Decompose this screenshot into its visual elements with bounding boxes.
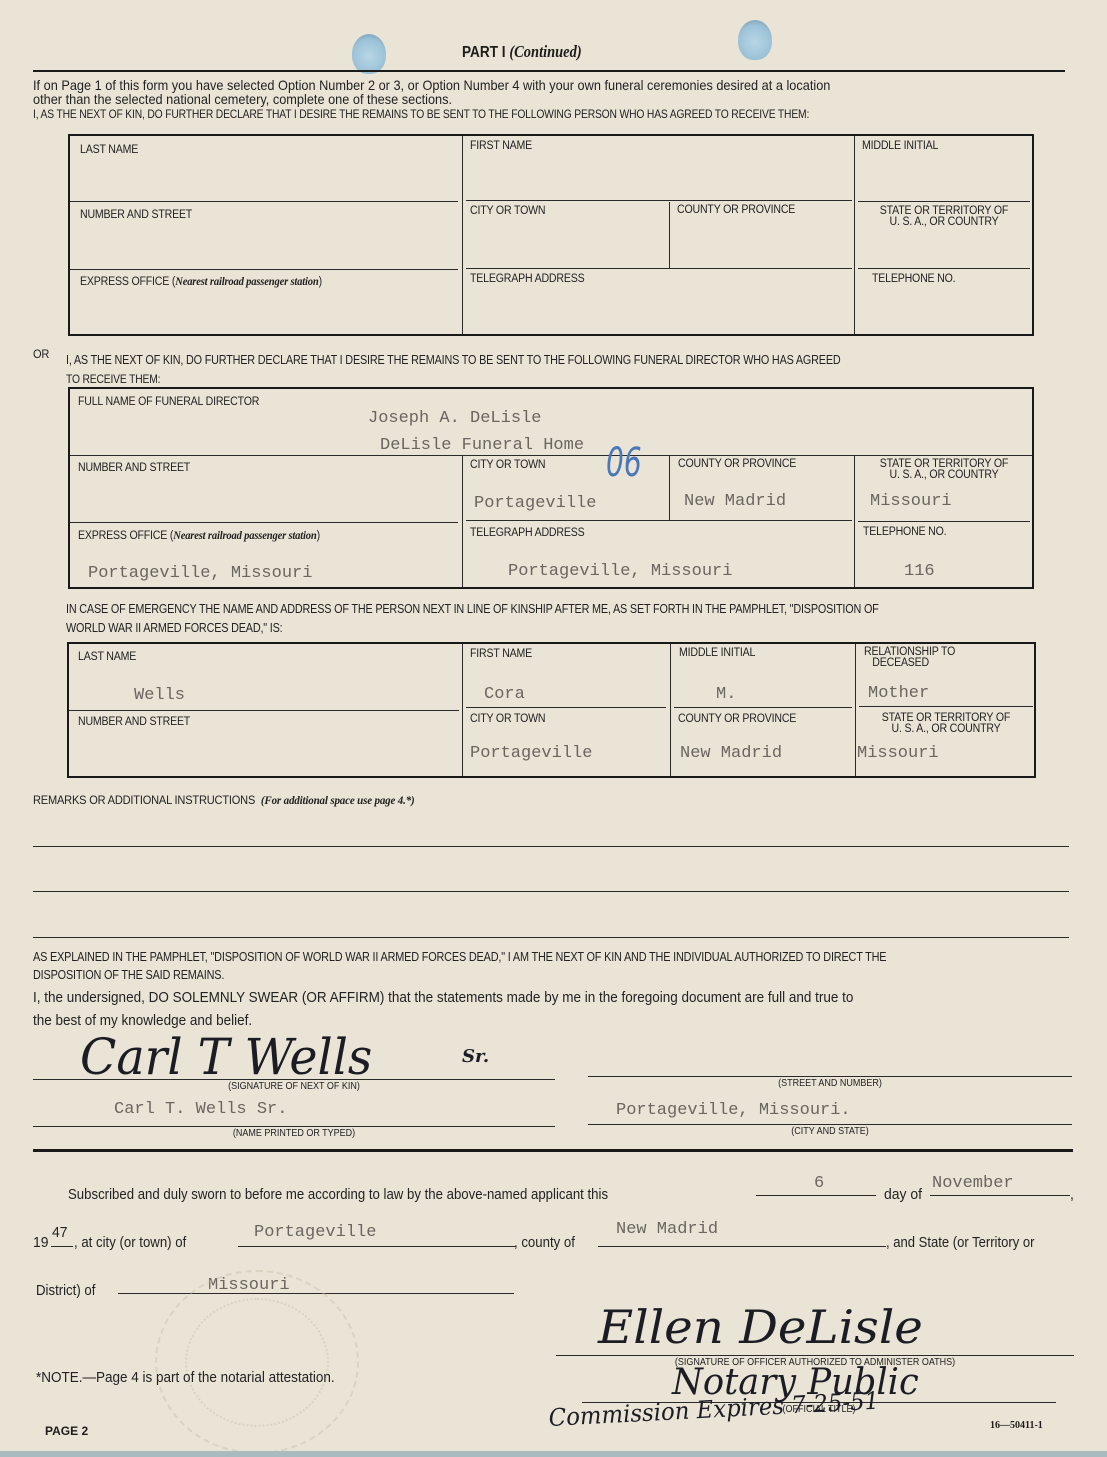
notary-seal-inner [185,1298,329,1427]
person-receiver-table [68,134,1034,336]
day-of-label: day of [884,1186,922,1203]
remarks-label: REMARKS OR ADDITIONAL INSTRUCTIONS (For … [33,793,415,808]
kin-county-value: New Madrid [680,744,782,763]
section-divider [33,1149,1073,1152]
street-caption: (STREET AND NUMBER) [612,1078,1048,1089]
punch-hole-left [352,34,386,74]
title-main: PART I [462,44,506,61]
funeral-telephone-value: 116 [904,562,935,581]
kin-last-name-label: LAST NAME [78,651,136,663]
title-suffix: (Continued) [509,42,581,61]
oath-line-1: I, the undersigned, DO SOLEMNLY SWEAR (O… [33,989,853,1006]
kin-state-label: STATE OR TERRITORY OF U. S. A., OR COUNT… [866,713,1026,735]
form-number: 16—50411-1 [990,1420,1043,1431]
remarks-line-1[interactable] [33,846,1069,847]
funeral-home-name: DeLisle Funeral Home [380,436,584,455]
document-page: PART I (Continued) If on Page 1 of this … [0,0,1107,1457]
funeral-express-office-label: EXPRESS OFFICE (Nearest railroad passeng… [78,530,320,542]
page-title: PART I (Continued) [462,42,582,62]
funeral-county-value: New Madrid [684,492,786,511]
funeral-express-office-value: Portageville, Missouri [88,564,312,583]
funeral-state-label: STATE OR TERRITORY OF U. S. A., OR COUNT… [865,459,1023,481]
pamphlet-line-1: AS EXPLAINED IN THE PAMPHLET, "DISPOSITI… [33,950,886,964]
year-line [51,1246,73,1247]
officer-signature-line [556,1355,1074,1356]
person-telephone-label: TELEPHONE No. [872,273,955,285]
oath-line-2: the best of my knowledge and belief. [33,1012,252,1029]
month-value: November [932,1174,1014,1193]
person-county-label: COUNTY OR PROVINCE [677,204,795,216]
printed-name-caption: (NAME PRINTED OR TYPED) [59,1128,529,1139]
person-express-office-label: EXPRESS OFFICE (Nearest railroad passeng… [80,276,322,288]
header-rule [33,70,1065,72]
state-of-label-1: , and State (or Territory or [886,1234,1034,1251]
footer-note: *NOTE.—Page 4 is part of the notarial at… [36,1369,335,1386]
city-state-value: Portageville, Missouri. [616,1101,851,1120]
kin-relationship-label: RELATIONSHIP TO DECEASED [864,647,955,669]
pamphlet-line-2: DISPOSITION OF THE SAID REMAINS. [33,968,224,982]
day-value: 6 [814,1174,824,1193]
kin-state-value: Missouri [857,744,939,763]
person-city-label: CITY OR TOWN [470,205,545,217]
page-number: PAGE 2 [45,1424,88,1438]
kin-number-street-label: NUMBER AND STREET [78,716,190,728]
state-of-label-2: District) of [36,1282,95,1299]
kin-last-name-value: Wells [134,686,185,705]
intro-line-2: other than the selected national cemeter… [33,91,452,107]
or-label: OR [33,347,49,361]
street-line [588,1076,1072,1077]
person-first-name-label: FIRST NAME [470,140,532,152]
punch-hole-right [738,20,772,60]
city-state-line [588,1124,1072,1125]
declare-person-text: I, AS THE NEXT OF KIN, DO FURTHER DECLAR… [33,107,809,121]
funeral-county-label: COUNTY OR PROVINCE [678,458,796,470]
city-line [238,1246,516,1247]
county-of-label: , county of [514,1234,575,1251]
kin-intro-line-1: IN CASE OF EMERGENCY THE NAME AND ADDRES… [66,602,879,616]
kin-intro-line-2: WORLD WAR II ARMED FORCES DEAD," IS: [66,621,282,635]
funeral-director-name: Joseph A. DeLisle [368,409,541,428]
funeral-city-value: Portageville [474,494,596,513]
person-last-name-label: LAST NAME [80,144,138,156]
sworn-text: Subscribed and duly sworn to before me a… [68,1186,608,1203]
year-prefix: 19 [33,1234,49,1251]
printed-name-line [33,1126,555,1127]
month-comma: , [1070,1186,1074,1203]
funeral-state-value: Missouri [870,492,952,511]
funeral-city-label: CITY OR TOWN [470,459,545,471]
next-of-kin-signature: Carl T Wells [80,1028,372,1086]
at-city-label: , at city (or town) of [74,1234,186,1251]
kin-middle-initial-value: M. [716,685,736,704]
signature-line [33,1079,555,1080]
kin-relationship-value: Mother [868,684,929,703]
funeral-full-name-label: FULL NAME OF FUNERAL DIRECTOR [78,396,259,408]
person-telegraph-label: TELEGRAPH ADDRESS [470,273,584,285]
printed-name-value: Carl T. Wells Sr. [114,1100,287,1119]
notary-city-value: Portageville [254,1223,376,1242]
kin-first-name-value: Cora [484,685,525,704]
kin-city-value: Portageville [470,744,592,763]
funeral-number-street-label: NUMBER AND STREET [78,462,190,474]
funeral-director-table [68,387,1034,589]
handwritten-code: 06 [606,440,642,486]
kin-middle-initial-label: MIDDLE INITIAL [679,647,755,659]
signature-caption: (SIGNATURE OF NEXT OF KIN) [59,1081,529,1092]
year-suffix: 47 [52,1224,68,1241]
person-number-street-label: NUMBER AND STREET [80,209,192,221]
page-bottom-edge [0,1451,1107,1457]
month-line [930,1195,1070,1196]
signature-suffix: Sr. [462,1046,489,1067]
funeral-telegraph-value: Portageville, Missouri [508,562,732,581]
funeral-telegraph-label: TELEGRAPH ADDRESS [470,527,584,539]
county-line [598,1246,886,1247]
funeral-declare-line-1: I, AS THE NEXT OF KIN, DO FURTHER DECLAR… [66,353,841,367]
kin-city-label: CITY OR TOWN [470,713,545,725]
kin-first-name-label: FIRST NAME [470,648,532,660]
officer-signature: Ellen DeLisle [598,1300,923,1354]
person-middle-initial-label: MIDDLE INITIAL [862,140,938,152]
remarks-line-3[interactable] [33,937,1069,938]
kin-county-label: COUNTY OR PROVINCE [678,713,796,725]
funeral-telephone-label: TELEPHONE No. [863,526,946,538]
remarks-line-2[interactable] [33,891,1069,892]
day-line [756,1195,876,1196]
notary-county-value: New Madrid [616,1220,718,1239]
city-state-caption: (CITY AND STATE) [612,1126,1048,1137]
funeral-declare-line-2: TO RECEIVE THEM: [66,372,160,386]
person-state-label: STATE OR TERRITORY OF U. S. A., OR COUNT… [865,206,1023,228]
